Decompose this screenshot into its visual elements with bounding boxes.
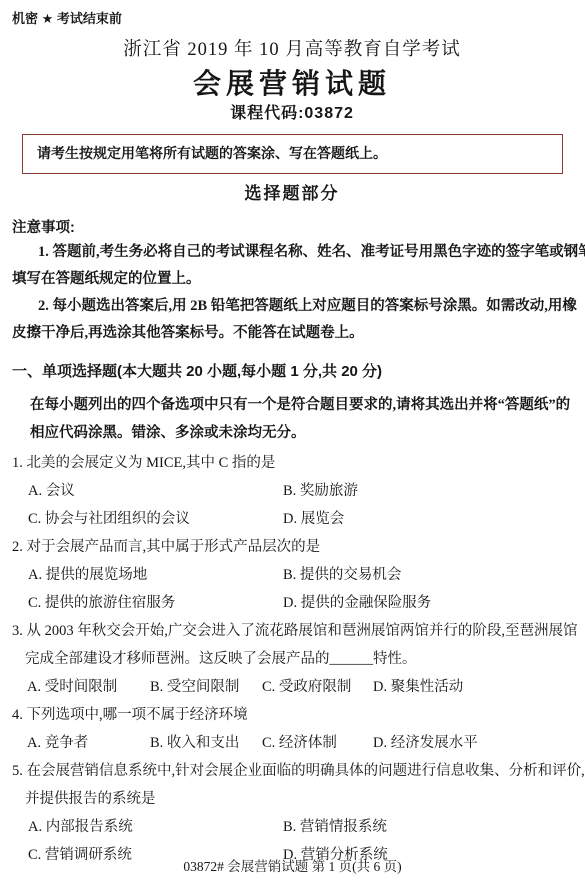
question-2-options-row-1: A. 提供的展览场地B. 提供的交易机会 [12, 561, 572, 589]
question-5-options-row-1: A. 内部报告系统B. 营销情报系统 [12, 813, 572, 841]
course-code: 课程代码:03872 [12, 102, 572, 126]
question-1-options-row-2: C. 协会与社团组织的会议D. 展览会 [12, 505, 572, 533]
question-2-option-a: A. 提供的展览场地 [28, 561, 283, 589]
exam-session-title: 浙江省 2019 年 10 月高等教育自学考试 [12, 37, 572, 63]
question-4-stem: 4. 下列选项中,哪一项不属于经济环境 [12, 701, 572, 729]
question-3-option-d: D. 聚集性活动 [373, 679, 463, 695]
part-one-instruction-line-2: 相应代码涂黑。错涂、多涂或未涂均无分。 [12, 419, 572, 447]
question-4-option-a: A. 竞争者 [27, 729, 150, 757]
question-2-option-b: B. 提供的交易机会 [283, 567, 401, 583]
question-4-option-d: D. 经济发展水平 [373, 735, 478, 751]
question-1-stem: 1. 北美的会展定义为 MICE,其中 C 指的是 [12, 449, 572, 477]
question-4-option-b: B. 收入和支出 [150, 729, 262, 757]
question-5-stem-line-2: 并提供报告的系统是 [12, 785, 572, 813]
questions-area: 1. 北美的会展定义为 MICE,其中 C 指的是 A. 会议B. 奖励旅游 C… [12, 449, 572, 869]
answer-instruction-box: 请考生按规定用笔将所有试题的答案涂、写在答题纸上。 [22, 134, 563, 174]
question-3-stem-line-1: 3. 从 2003 年秋交会开始,广交会进入了流花路展馆和琶洲展馆两馆并行的阶段… [12, 617, 572, 645]
note-2-line-2: 皮擦干净后,再选涂其他答案标号。不能答在试题卷上。 [12, 320, 572, 347]
question-2-option-c: C. 提供的旅游住宿服务 [28, 589, 283, 617]
question-1-option-b: B. 奖励旅游 [283, 483, 358, 499]
question-3-option-c: C. 受政府限制 [262, 673, 373, 701]
question-3: 3. 从 2003 年秋交会开始,广交会进入了流花路展馆和琶洲展馆两馆并行的阶段… [12, 617, 572, 701]
question-4-options-row: A. 竞争者B. 收入和支出C. 经济体制D. 经济发展水平 [12, 729, 572, 757]
question-3-option-a: A. 受时间限制 [27, 673, 150, 701]
question-3-option-b: B. 受空间限制 [150, 673, 262, 701]
question-2-option-d: D. 提供的金融保险服务 [283, 595, 431, 611]
question-2-options-row-2: C. 提供的旅游住宿服务D. 提供的金融保险服务 [12, 589, 572, 617]
part-one-instruction-line-1: 在每小题列出的四个备选项中只有一个是符合题目要求的,请将其选出并将“答题纸”的 [12, 391, 572, 419]
paper-title: 会展营销试题 [12, 66, 572, 102]
question-3-options-row: A. 受时间限制B. 受空间限制C. 受政府限制D. 聚集性活动 [12, 673, 572, 701]
question-5-option-b: B. 营销情报系统 [283, 819, 387, 835]
note-1-line-1: 1. 答题前,考生务必将自己的考试课程名称、姓名、准考证号用黑色字迹的签字笔或钢… [12, 239, 572, 266]
question-5-stem-line-1: 5. 在会展营销信息系统中,针对会展企业面临的明确具体的问题进行信息收集、分析和… [12, 757, 572, 785]
question-1-option-d: D. 展览会 [283, 511, 344, 527]
exam-paper-page: 机密 ★ 考试结束前 浙江省 2019 年 10 月高等教育自学考试 会展营销试… [0, 0, 585, 885]
note-1-line-2: 填写在答题纸规定的位置上。 [12, 266, 572, 293]
part-one-instructions: 在每小题列出的四个备选项中只有一个是符合题目要求的,请将其选出并将“答题纸”的 … [12, 391, 572, 447]
section-title: 选择题部分 [12, 182, 572, 206]
note-2-line-1: 2. 每小题选出答案后,用 2B 铅笔把答题纸上对应题目的答案标号涂黑。如需改动… [12, 293, 572, 320]
question-4: 4. 下列选项中,哪一项不属于经济环境 A. 竞争者B. 收入和支出C. 经济体… [12, 701, 572, 757]
question-2-stem: 2. 对于会展产品而言,其中属于形式产品层次的是 [12, 533, 572, 561]
question-3-stem-line-2: 完成全部建设才移师琶洲。这反映了会展产品的______特性。 [12, 645, 572, 673]
question-1-option-c: C. 协会与社团组织的会议 [28, 505, 283, 533]
notes-heading: 注意事项: [12, 217, 572, 239]
question-1-option-a: A. 会议 [28, 477, 283, 505]
page-footer: 03872# 会展营销试题 第 1 页(共 6 页) [0, 858, 585, 876]
question-1: 1. 北美的会展定义为 MICE,其中 C 指的是 A. 会议B. 奖励旅游 C… [12, 449, 572, 533]
part-one-heading: 一、单项选择题(本大题共 20 小题,每小题 1 分,共 20 分) [12, 360, 572, 384]
question-5-option-a: A. 内部报告系统 [28, 813, 283, 841]
question-2: 2. 对于会展产品而言,其中属于形式产品层次的是 A. 提供的展览场地B. 提供… [12, 533, 572, 617]
question-1-options-row-1: A. 会议B. 奖励旅游 [12, 477, 572, 505]
confidential-label: 机密 ★ 考试结束前 [12, 10, 572, 28]
question-5: 5. 在会展营销信息系统中,针对会展企业面临的明确具体的问题进行信息收集、分析和… [12, 757, 572, 869]
question-4-option-c: C. 经济体制 [262, 729, 373, 757]
answer-instruction-text: 请考生按规定用笔将所有试题的答案涂、写在答题纸上。 [37, 145, 387, 161]
